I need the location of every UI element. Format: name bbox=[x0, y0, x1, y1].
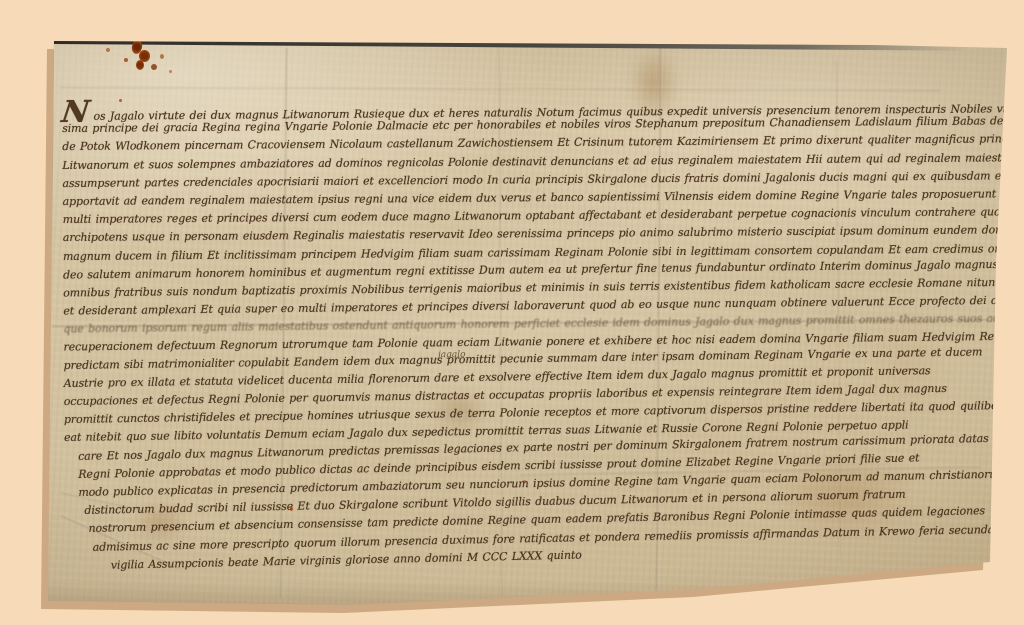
manuscript-photo: jagalo Nos Jagalo virtute dei dux magnus… bbox=[0, 0, 1024, 625]
ink-blot bbox=[169, 70, 172, 73]
ink-blot bbox=[106, 48, 110, 52]
parchment: jagalo Nos Jagalo virtute dei dux magnus… bbox=[0, 0, 1024, 625]
ink-blot bbox=[136, 60, 144, 70]
ink-blot bbox=[160, 54, 164, 59]
ink-blot bbox=[151, 64, 157, 70]
dark-photo-edge bbox=[54, 39, 1007, 51]
manuscript-text: Nos Jagalo virtute dei dux magnus Litwan… bbox=[62, 96, 975, 574]
ink-blot bbox=[124, 58, 128, 62]
